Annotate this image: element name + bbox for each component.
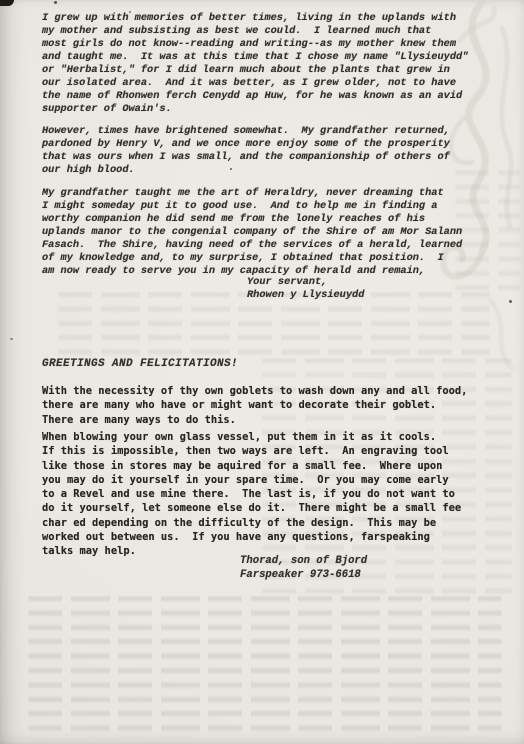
scan-speck (509, 300, 512, 303)
letter-closing-signature: Your servant, Rhowen y Llysieuydd (247, 276, 364, 302)
scanned-page: I grew up with memories of better times,… (0, 0, 524, 744)
letter-paragraph-3: My grandfather taught me the art of Hera… (42, 187, 462, 278)
scan-speck (54, 1, 57, 4)
bleedthrough-ghost-text (455, 170, 521, 300)
notice-heading: GREETINGS AND FELICITATIONS! (42, 357, 238, 371)
notice-paragraph-2: When blowing your own glass vessel, put … (42, 430, 461, 559)
letter-paragraph-2: However, times have brightened somewhat.… (42, 125, 450, 177)
scan-speck (0, 0, 14, 6)
bleedthrough-ghost-text (28, 596, 502, 738)
letter-paragraph-1: I grew up with memories of better times,… (42, 12, 468, 116)
notice-paragraph-1: With the necessity of thy own goblets to… (42, 384, 467, 427)
scan-speck (10, 338, 13, 340)
notice-signature: Thorad, son of Bjord Farspeaker 973-6618 (240, 554, 367, 582)
